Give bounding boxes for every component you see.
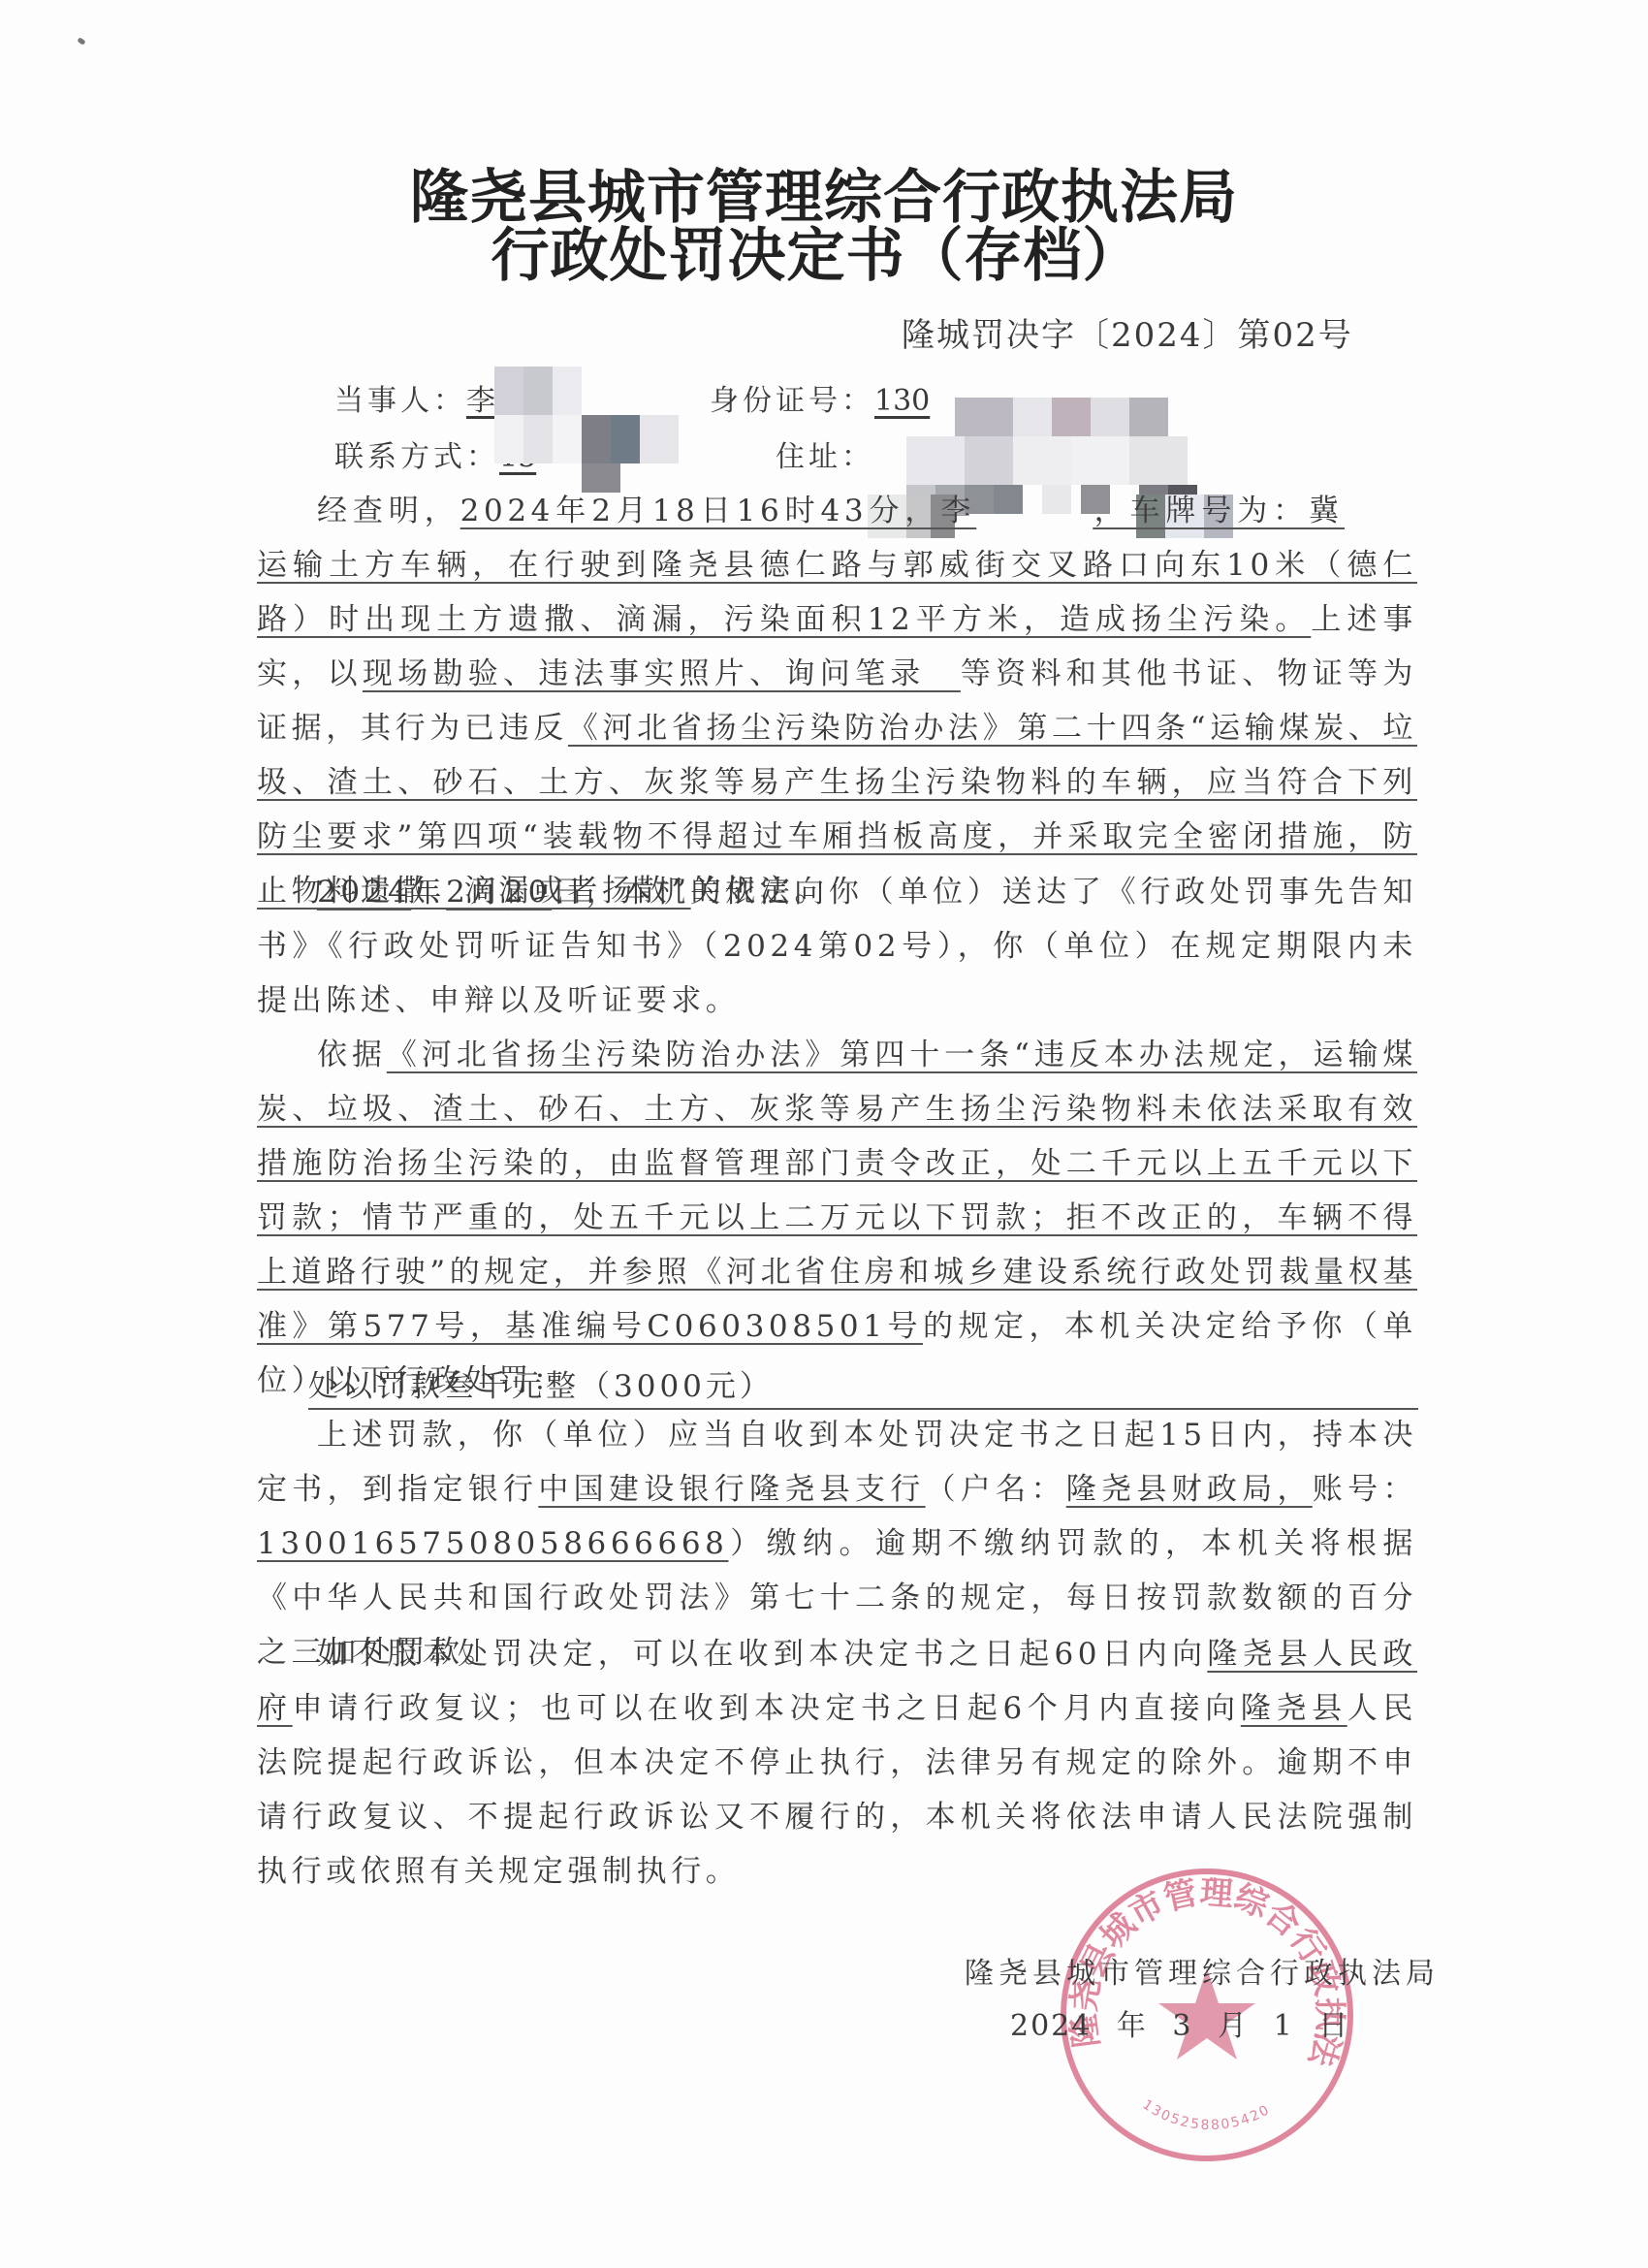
id-number-label: 身份证号： — [710, 384, 874, 418]
party-name-field: 当事人：李 — [334, 376, 495, 419]
basis-lead: 依据 — [317, 1038, 387, 1072]
payment-account-no: 13001657508058666668 — [257, 1526, 728, 1561]
party-name-label: 当事人： — [334, 384, 466, 418]
penalty-line: 处以罚款叁千元整（3000元） — [308, 1365, 1418, 1410]
signature-org: 隆尧县城市管理综合行政执法局 — [965, 1949, 1440, 1992]
basis-paragraph: 依据《河北省扬尘污染防治办法》第四十一条“违反本办法规定，运输煤炭、垃圾、渣土、… — [257, 1028, 1417, 1408]
notice-day: 20 — [504, 875, 552, 910]
document-title-type: 行政处罚决定书（存档） — [0, 221, 1640, 291]
party-name-value: 李 — [466, 384, 495, 418]
signature-date: 2024 年 3 月 1 日 — [1010, 2001, 1349, 2044]
facts-paragraph: 经查明，2024年2月18日16时43分，李，车牌号为：冀运输土方车辆，在行驶到… — [257, 484, 1417, 918]
facts-lead: 经查明， — [317, 494, 460, 528]
facts-section: 经查明，2024年2月18日16时43分，李，车牌号为：冀运输土方车辆，在行驶到… — [257, 484, 1417, 918]
appeal-middle: 申请行政复议；也可以在收到本决定书之日起6个月内直接向 — [293, 1691, 1241, 1726]
payment-account-name-label: （户名： — [926, 1472, 1066, 1507]
payment-bank: 中国建设银行隆尧县支行 — [538, 1472, 925, 1507]
appeal-paragraph: 如不服本处罚决定，可以在收到本决定书之日起60日内向隆尧县人民政府申请行政复议；… — [257, 1627, 1417, 1899]
scan-speck — [77, 37, 85, 46]
document-number: 隆城罚决字〔2024〕第02号 — [902, 308, 1353, 356]
facts-datetime: 2024年2月18日16时43分，李 — [460, 494, 977, 528]
notice-year-suffix: 年 — [411, 875, 446, 910]
contact-label: 联系方式： — [334, 440, 499, 474]
facts-evidence: 现场勘验、违法事实照片、询问笔录 — [363, 656, 961, 691]
notice-paragraph: 2024年2月20日，本机关依法向你（单位）送达了《行政处罚事先告知书》《行政处… — [257, 865, 1417, 1028]
notice-year: 2024 — [317, 875, 411, 910]
basis-section: 依据《河北省扬尘污染防治办法》第四十一条“违反本办法规定，运输煤炭、垃圾、渣土、… — [257, 1028, 1417, 1408]
payment-account-no-label: 账号： — [1313, 1472, 1417, 1507]
facts-plate: ，车牌号为：冀 — [1093, 494, 1345, 528]
appeal-county: 隆尧县 — [1241, 1691, 1347, 1726]
svg-text:1305258805420: 1305258805420 — [1139, 2097, 1273, 2134]
address-label: 住址： — [776, 440, 874, 474]
facts-incident: 运输土方车辆，在行驶到隆尧县德仁路与郭威街交叉路口向东10米（德仁路）时出现土方… — [257, 548, 1417, 637]
address-field: 住址： — [776, 432, 874, 475]
notice-month: 2月 — [446, 875, 504, 910]
appeal-lead: 如不服本处罚决定，可以在收到本决定书之日起60日内向 — [317, 1637, 1207, 1672]
id-number-field: 身份证号：130 — [710, 376, 930, 419]
notice-section: 2024年2月20日，本机关依法向你（单位）送达了《行政处罚事先告知书》《行政处… — [257, 865, 1417, 1028]
id-number-value: 130 — [874, 384, 930, 418]
payment-account-name: 隆尧县财政局， — [1066, 1472, 1313, 1507]
basis-regulation: 《河北省扬尘污染防治办法》第四十一条“违反本办法规定，运输煤炭、垃圾、渣土、砂石… — [257, 1038, 1417, 1344]
seal-code: 1305258805420 — [1139, 2097, 1273, 2134]
appeal-section: 如不服本处罚决定，可以在收到本决定书之日起60日内向隆尧县人民政府申请行政复议；… — [257, 1627, 1417, 1899]
